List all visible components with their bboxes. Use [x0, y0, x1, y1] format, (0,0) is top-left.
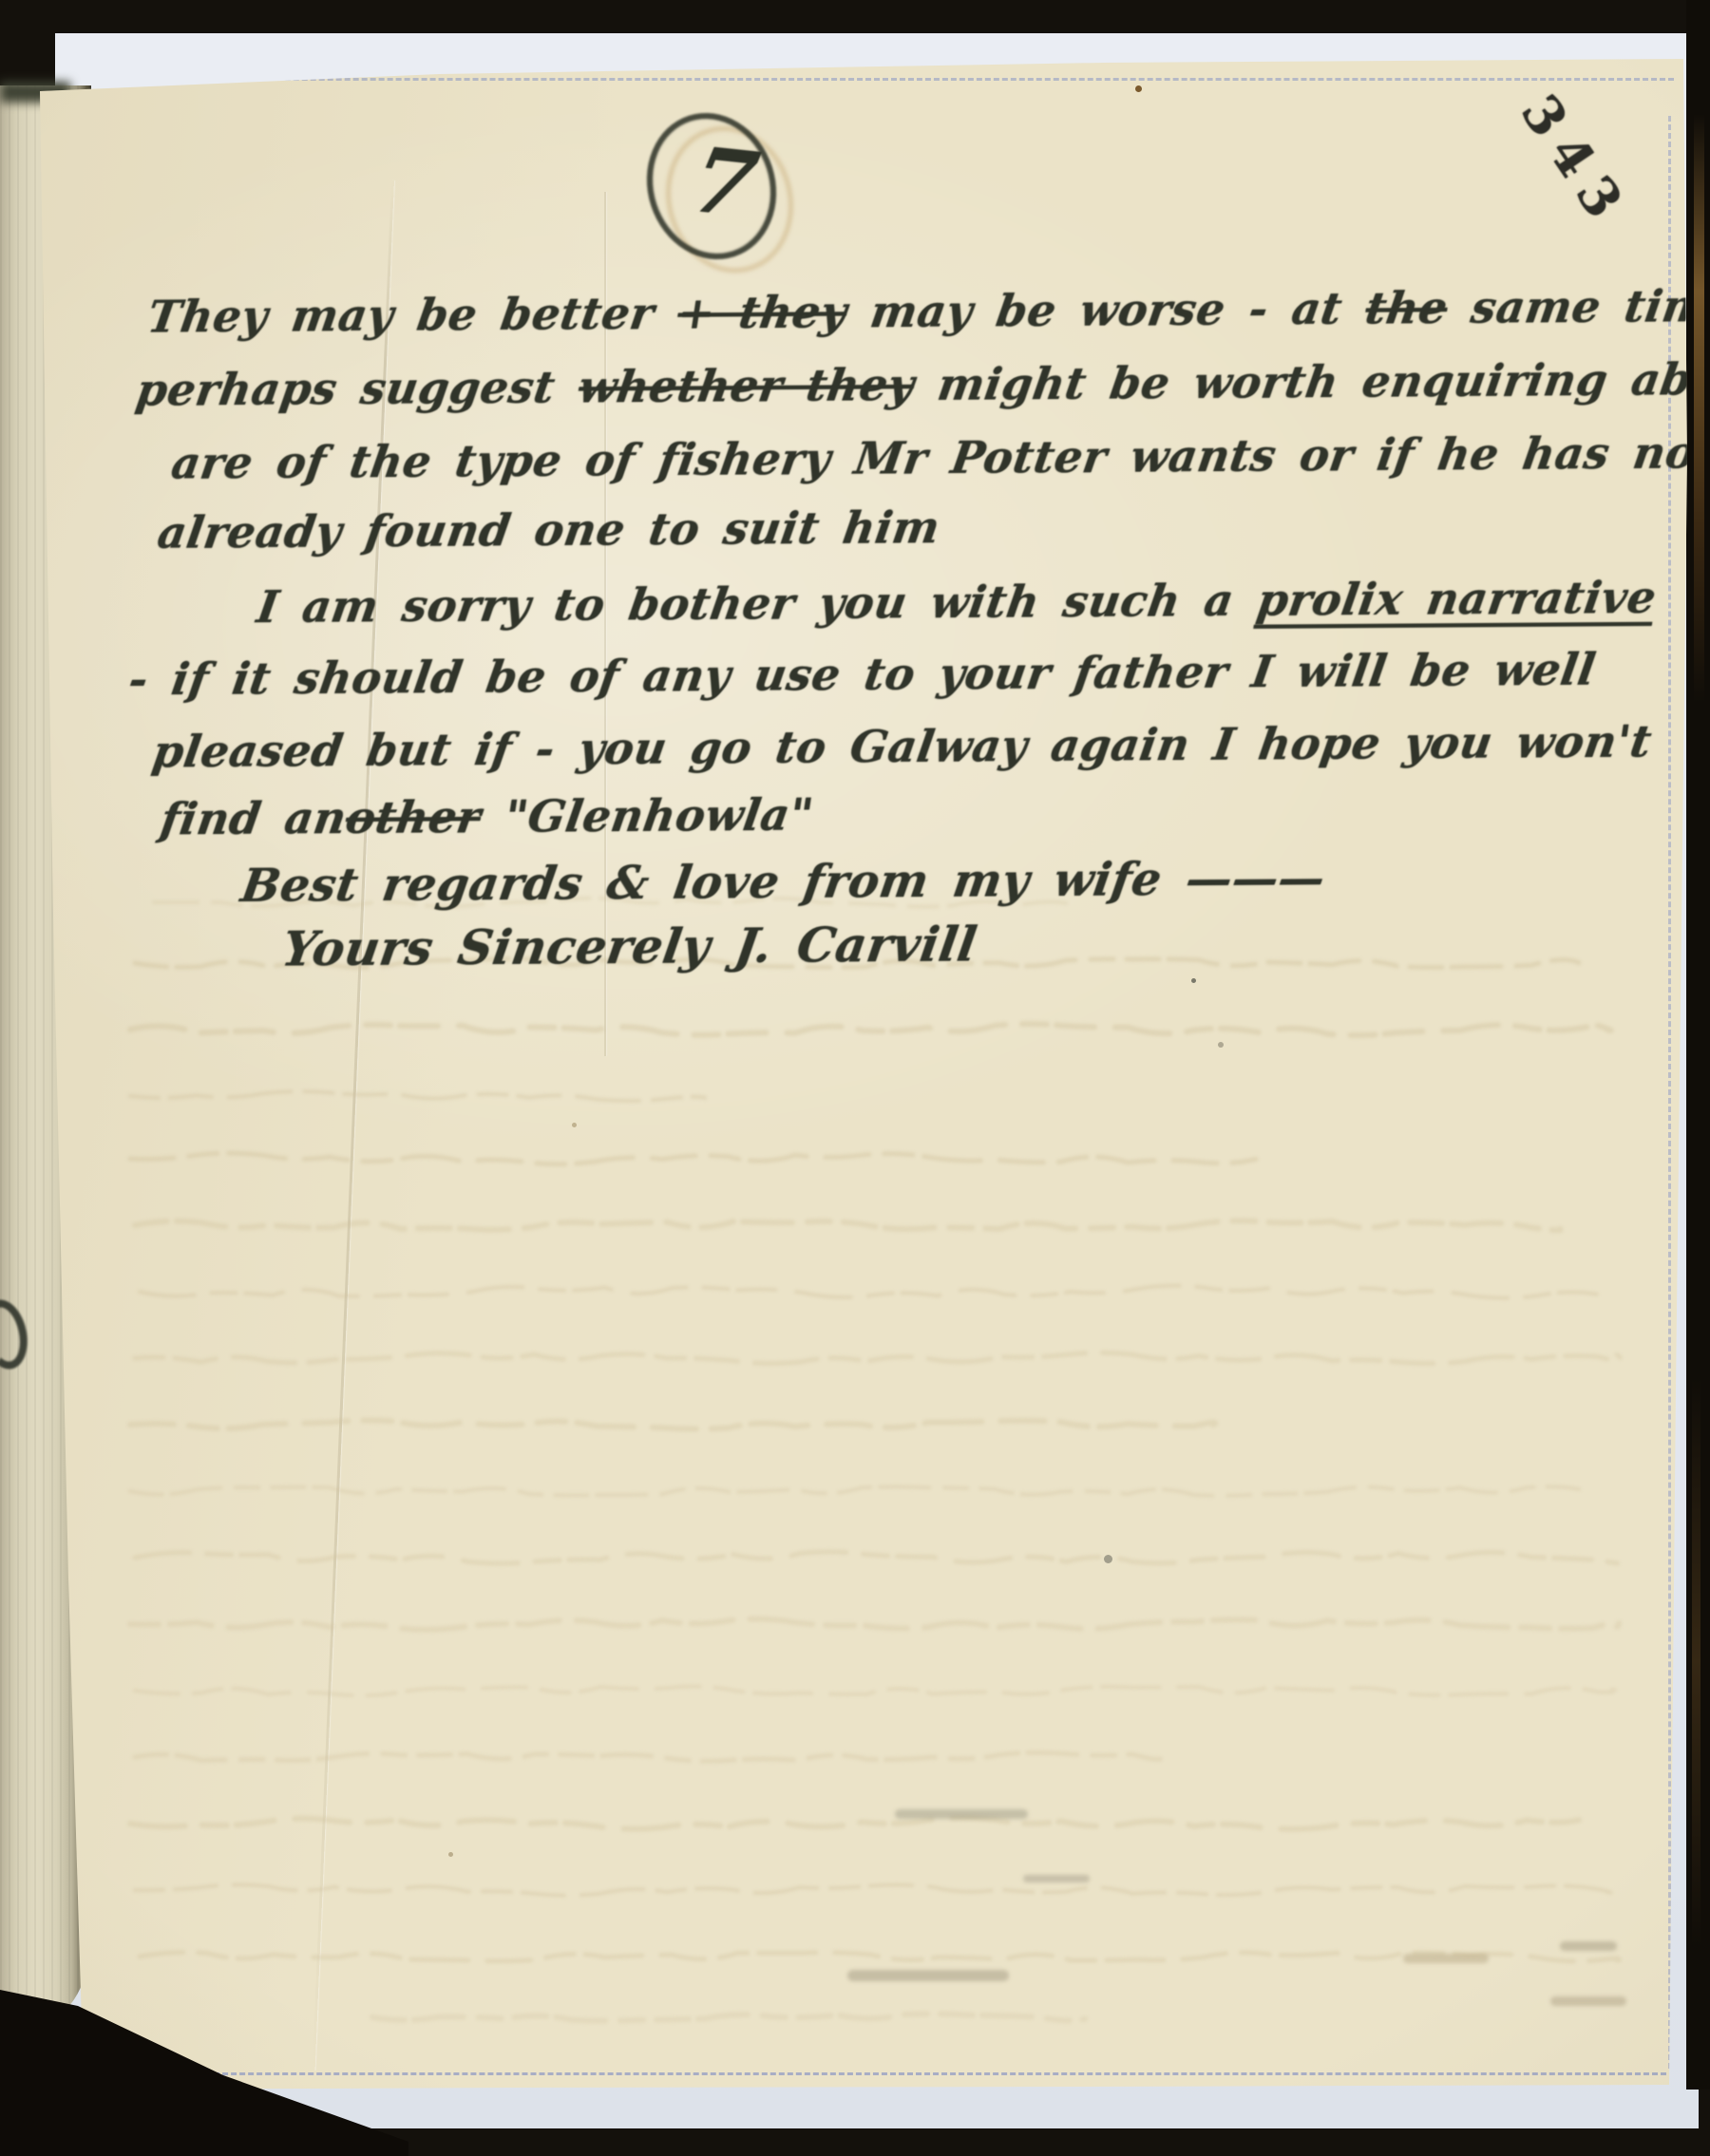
bleedthrough-line: [130, 1818, 1579, 1829]
bleedthrough-line: [135, 1552, 1617, 1563]
bleedthrough-line: [140, 1952, 1624, 1960]
handwriting-segment: - if it should be of any use to your fat…: [125, 644, 1599, 706]
ink-smudge: [1560, 1941, 1617, 1951]
handwriting-line: already found one to suit him: [154, 501, 943, 558]
handwriting-segment: same time it may: [1443, 278, 1710, 333]
ink-smudge: [1550, 1996, 1626, 2006]
bleedthrough-line: [130, 1486, 1579, 1495]
cover-streak: [1694, 114, 1704, 703]
handwriting-line: Yours Sincerely J. Carvill: [278, 916, 980, 976]
handwriting-segment: I am sorry to bother you with such a: [254, 575, 1262, 633]
ink-smudge: [847, 1970, 1009, 1981]
handwriting-line: I am sorry to bother you with such a pro…: [254, 572, 1660, 633]
handwriting-segment: might be worth enquiring about if they: [910, 351, 1710, 410]
handwriting-segment: + they: [674, 286, 851, 338]
bleedthrough-line: [135, 1686, 1619, 1695]
bleedthrough-line: [372, 2014, 1085, 2020]
handwriting-segment: other: [342, 791, 484, 843]
paper-speck: [1191, 978, 1196, 983]
book-scan: 343 7 They may be better + they may be w…: [0, 0, 1710, 2156]
handwriting-segment: find an: [158, 792, 351, 844]
handwriting-segment: Best regards & love from my wife ———: [237, 852, 1329, 913]
handwriting-segment: Yours Sincerely J. Carvill: [278, 916, 980, 976]
handwriting-line: pleased but if - you go to Galway again …: [149, 716, 1655, 778]
handwriting-segment: whether they: [575, 359, 918, 412]
bleedthrough-line: [140, 1286, 1598, 1298]
bleedthrough-line: [135, 1352, 1622, 1363]
bleedthrough-line: [135, 1752, 1162, 1761]
bleedthrough-line: [130, 1091, 705, 1101]
handwriting-segment: the: [1362, 282, 1452, 334]
paper-speck: [1218, 1042, 1224, 1048]
handwriting-segment: "Glenhowla": [477, 789, 817, 842]
bleedthrough-line: [130, 1153, 1256, 1164]
paper-speck: [572, 1123, 577, 1127]
bleedthrough-line: [130, 1619, 1619, 1630]
handwriting-line: Best regards & love from my wife ———: [237, 852, 1329, 913]
bleedthrough-line: [130, 1420, 1215, 1428]
handwriting-segment: pleased but if - you go to Galway again …: [149, 716, 1655, 778]
ink-smudge: [895, 1809, 1028, 1819]
handwriting-line: - if it should be of any use to your fat…: [125, 644, 1599, 706]
paper-speck: [1135, 85, 1142, 92]
paper-speck: [448, 1852, 453, 1857]
handwriting-segment: are of the type of fishery Mr Potter wan…: [168, 426, 1710, 488]
handwriting-segment: perhaps suggest: [133, 361, 583, 415]
bleedthrough-line: [135, 1220, 1561, 1230]
handwriting-segment: They may be better: [144, 288, 682, 343]
book-cover-edge: [1686, 0, 1710, 2090]
cover-streak: [1692, 1377, 1700, 1947]
ink-smudge: [1403, 1954, 1489, 1963]
letter-page: 343 7 They may be better + they may be w…: [40, 59, 1690, 2091]
ink-smudge: [1023, 1875, 1090, 1882]
handwriting-line: are of the type of fishery Mr Potter wan…: [168, 426, 1710, 488]
handwriting-line: find another "Glenhowla": [158, 789, 817, 845]
paper-speck: [1104, 1555, 1112, 1563]
handwriting-segment: already found one to suit him: [154, 501, 943, 558]
bleedthrough-line: [130, 1024, 1611, 1035]
bleedthrough-line: [135, 1884, 1617, 1895]
handwriting-segment: prolix narrative: [1254, 572, 1660, 626]
handwriting-segment: may be worse - at: [843, 283, 1370, 338]
